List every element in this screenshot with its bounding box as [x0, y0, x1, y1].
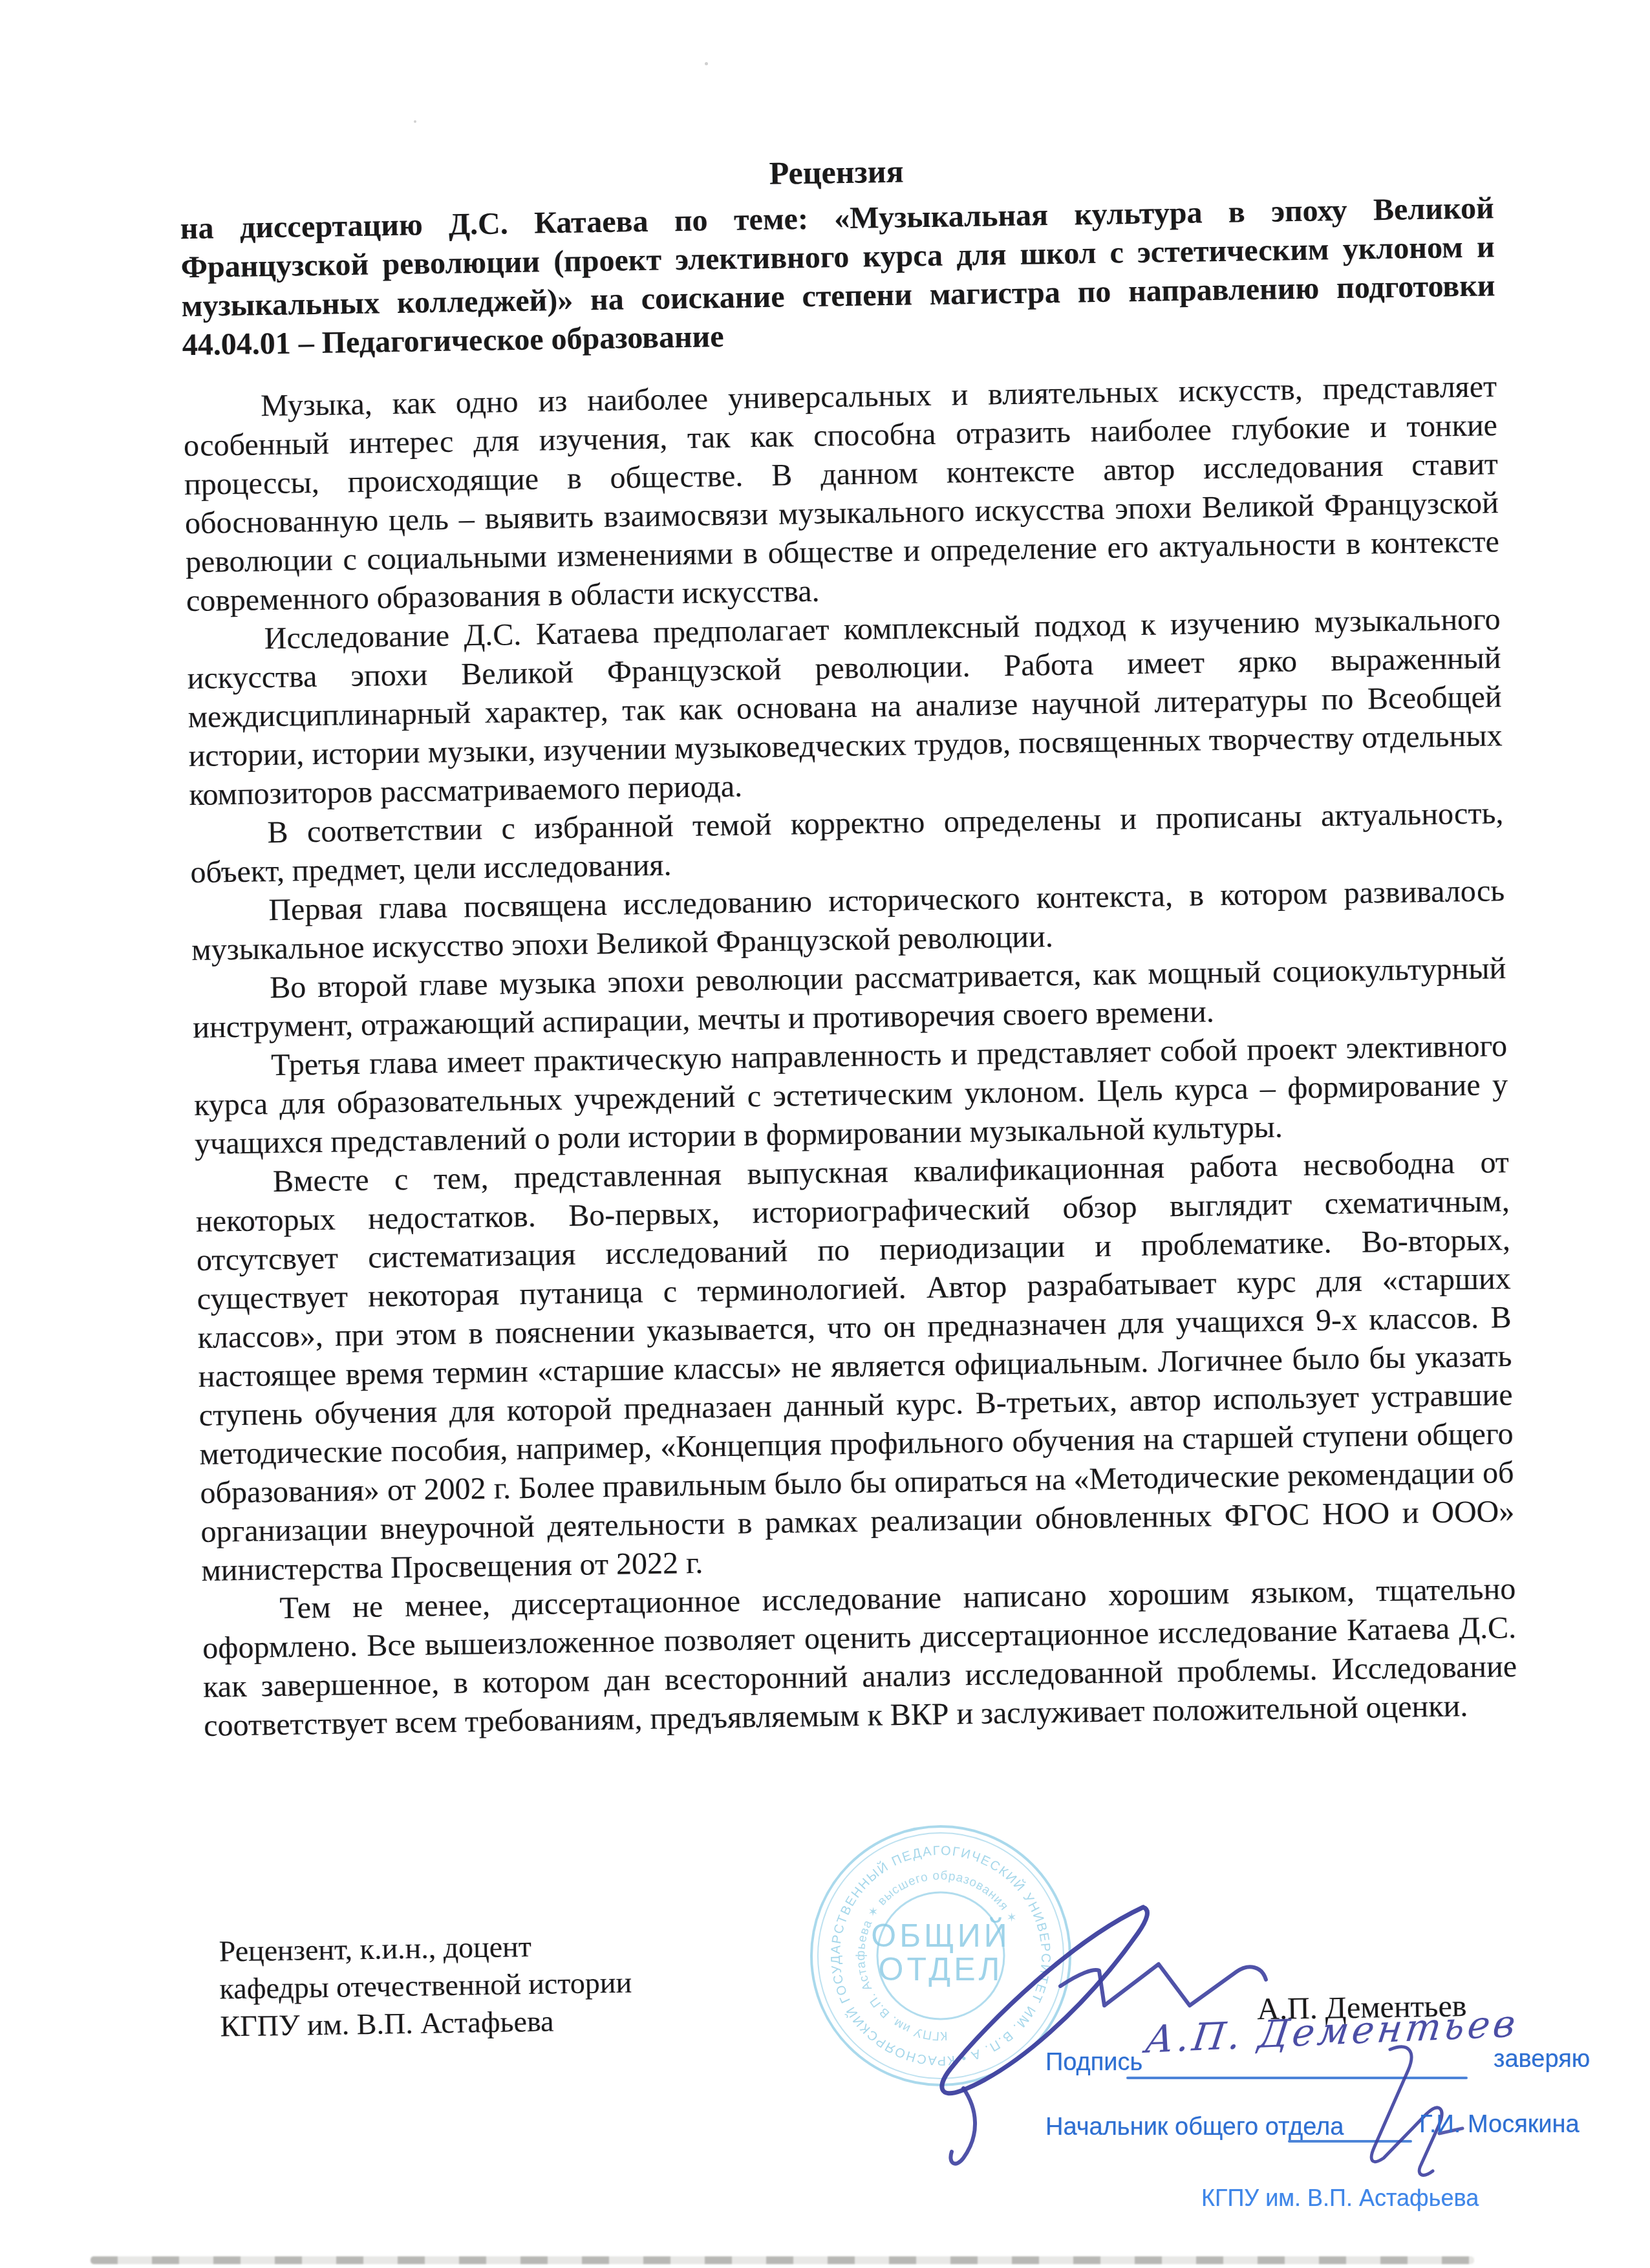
- body-paragraph: Тем не менее, диссертационное исследован…: [202, 1570, 1518, 1746]
- certify-word: заверяю: [1494, 2045, 1590, 2073]
- scan-speck: [705, 62, 708, 65]
- signature-zigzag: [1060, 1964, 1266, 2006]
- reviewer-line: Рецензент, к.и.н., доцент: [219, 1927, 631, 1971]
- department-head-name: Г.И. Мосякина: [1419, 2110, 1580, 2139]
- signature-tail: [950, 2088, 975, 2164]
- body-paragraph: Исследование Д.С. Катаева предполагает к…: [186, 600, 1503, 815]
- document-body: Рецензия на диссертацию Д.С. Катаева по …: [179, 142, 1517, 1746]
- document-subject-header: на диссертацию Д.С. Катаева по теме: «Му…: [180, 189, 1496, 365]
- body-paragraph: Третья глава имеет практическую направле…: [193, 1027, 1509, 1164]
- signature-caption: Подпись: [1045, 2048, 1142, 2077]
- body-paragraph: Вместе с тем, представленная выпускная к…: [195, 1143, 1516, 1590]
- department-head-caption: Начальник общего отдела: [1045, 2113, 1344, 2141]
- university-footer-stamp-text: КГПУ им. В.П. Астафьева: [1201, 2184, 1479, 2212]
- scan-bottom-edge-artifact: [91, 2256, 1474, 2264]
- scanned-review-page: Рецензия на диссертацию Д.С. Катаева по …: [0, 0, 1650, 2268]
- reviewer-block: Рецензент, к.и.н., доцент кафедры отечес…: [219, 1927, 632, 2046]
- body-paragraph: Музыка, как одно из наиболее универсальн…: [183, 367, 1500, 621]
- reviewer-line: КГПУ им. В.П. Астафьева: [220, 2002, 632, 2046]
- reviewer-line: кафедры отечественной истории: [219, 1964, 632, 2008]
- scan-speck: [414, 120, 416, 123]
